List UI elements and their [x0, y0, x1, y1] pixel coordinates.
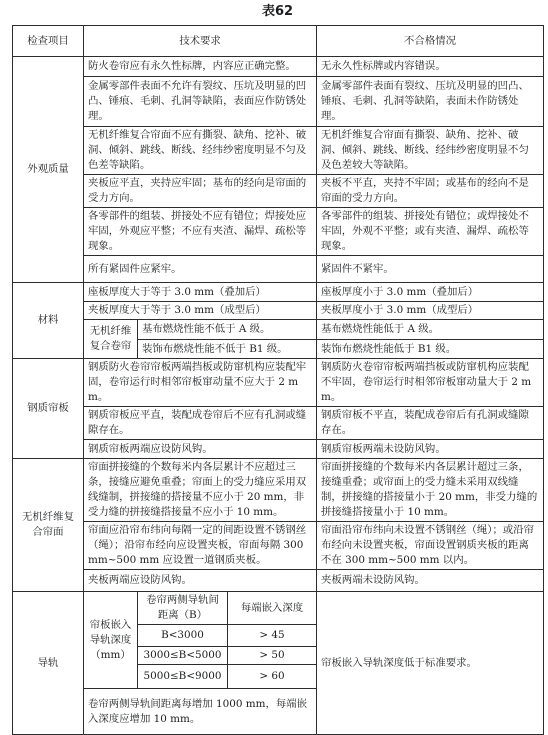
table-row: 帘面应沿帘布纬向每隔一定的间距设置不锈钢丝（绳）；沿帘布经向应设置夹板，帘面每隔… [13, 522, 544, 570]
cell-fail-r5: 各零部件的组装、拼接处有错位；或焊接处不牢固，外观不平整；或有夹渣、漏焊、疏松等… [317, 208, 544, 256]
cell-fail-r4: 夹板不平直，夹持不牢固；或基布的经向不是帘面的受力方向。 [317, 175, 544, 208]
rail-cell-b3: 5000≤B<9000 [138, 665, 228, 689]
cell-tech-r3: 无机纤维复合帘面不应有撕裂、缺角、挖补、破洞、倾斜、跳线、断线、经纬纱密度明显不… [84, 127, 317, 175]
col-header-fail: 不合格情况 [317, 26, 544, 57]
cell-tech-r2: 金属零部件表面不允许有裂纹、压坑及明显的凹凸、锤痕、毛刺、孔洞等缺陷，表面应作防… [84, 77, 317, 127]
group-label-material: 材料 [13, 283, 84, 359]
inspection-table: 检查项目 技术要求 不合格情况 外观质量 防火卷帘应有永久性标牌，内容应正确完整… [12, 25, 544, 735]
table-row: 材料 座板厚度大于等于 3.0 mm（叠加后） 座板厚度小于 3.0 mm（叠加… [13, 283, 544, 302]
cell-fail-r7: 座板厚度小于 3.0 mm（叠加后） [317, 283, 544, 302]
cell-fail-r16: 夹板两端未设防风钩。 [317, 570, 544, 592]
cell-tech-r9: 基布燃烧性能不低于 A 级。 [138, 320, 317, 340]
rail-note-cell: 卷帘两侧导轨间距离每增加 1000 mm，每端嵌入深度应增加 10 mm。 [84, 689, 317, 735]
table-row: 所有紧固件应紧牢。 紧固件不紧牢。 [13, 256, 544, 283]
cell-fail-r9: 基布燃烧性能低于 A 级。 [317, 320, 544, 340]
table-row: 无机纤维复合卷帘 基布燃烧性能不低于 A 级。 基布燃烧性能低于 A 级。 [13, 320, 544, 340]
cell-fail-r3: 无机纤维复合帘面有撕裂、缺角、挖补、破洞、倾斜、跳线、断线、经纬纱密度明显不匀及… [317, 127, 544, 175]
rail-cell-d2: > 50 [228, 647, 317, 665]
cell-fail-r1: 无永久性标牌或内容错误。 [317, 57, 544, 77]
cell-tech-r16: 夹板两端应设防风钩。 [84, 570, 317, 592]
cell-tech-r14: 帘面拼接缝的个数每米内各层累计不应超过三条，接缝应避免重叠；帘面上的受力缝应采用… [84, 459, 317, 522]
cell-tech-r10: 装饰布燃烧性能不低于 B1 级。 [138, 340, 317, 359]
table-row: 无机纤维复合帘面不应有撕裂、缺角、挖补、破洞、倾斜、跳线、断线、经纬纱密度明显不… [13, 127, 544, 175]
rail-col-header-depth: 每端嵌入深度 [228, 592, 317, 625]
cell-fail-r12: 钢质帘板不平直，装配成卷帘后有孔洞或缝隙存在。 [317, 407, 544, 440]
cell-tech-r4: 夹板应平直，夹持应牢固；基布的经向是帘面的受力方向。 [84, 175, 317, 208]
cell-tech-r5: 各零部件的组装、拼接处不应有错位；焊接处应牢固，外观应平整；不应有夹渣、漏焊、疏… [84, 208, 317, 256]
cell-tech-r7: 座板厚度大于等于 3.0 mm（叠加后） [84, 283, 317, 302]
table-row: 夹板应平直，夹持应牢固；基布的经向是帘面的受力方向。 夹板不平直，夹持不牢固；或… [13, 175, 544, 208]
table-row: 钢质帘板 钢质防火卷帘帘板两端挡板或防窜机构应装配牢固，卷帘运行时相邻帘板窜动量… [13, 359, 544, 407]
cell-tech-r8: 夹板厚度大于等于 3.0 mm（成型后） [84, 302, 317, 320]
rail-cell-d1: > 45 [228, 625, 317, 647]
table-row: 钢质帘板应平直，装配成卷帘后不应有孔洞或缝隙存在。 钢质帘板不平直，装配成卷帘后… [13, 407, 544, 440]
table-row: 外观质量 防火卷帘应有永久性标牌，内容应正确完整。 无永久性标牌或内容错误。 [13, 57, 544, 77]
rail-cell-d3: > 60 [228, 665, 317, 689]
cell-tech-r15: 帘面应沿帘布纬向每隔一定的间距设置不锈钢丝（绳）；沿帘布经向应设置夹板，帘面每隔… [84, 522, 317, 570]
table-title: 表62 [12, 3, 543, 21]
rail-cell-b1: B<3000 [138, 625, 228, 647]
cell-fail-rail: 帘板嵌入导轨深度低于标准要求。 [317, 592, 544, 735]
table-row: 金属零部件表面不允许有裂纹、压坑及明显的凹凸、锤痕、毛刺、孔洞等缺陷，表面应作防… [13, 77, 544, 127]
table-row: 钢质帘板两端应设防风钩。 钢质帘板两端未设防风钩。 [13, 440, 544, 459]
table-row: 无机纤维复合帘面 帘面拼接缝的个数每米内各层累计不应超过三条，接缝应避免重叠；帘… [13, 459, 544, 522]
cell-tech-r11: 钢质防火卷帘帘板两端挡板或防窜机构应装配牢固，卷帘运行时相邻帘板窜动量不应大于 … [84, 359, 317, 407]
rail-cell-b2: 3000≤B<5000 [138, 647, 228, 665]
table-row: 各零部件的组装、拼接处不应有错位；焊接处应牢固，外观应平整；不应有夹渣、漏焊、疏… [13, 208, 544, 256]
cell-tech-r12: 钢质帘板应平直，装配成卷帘后不应有孔洞或缝隙存在。 [84, 407, 317, 440]
group-label-steel: 钢质帘板 [13, 359, 84, 459]
group-label-fiber: 无机纤维复合帘面 [13, 459, 84, 592]
document-page: 表62 检查项目 技术要求 不合格情况 外观质量 防火卷帘应有永久性标牌，内容应… [0, 0, 548, 718]
table-row: 导轨 帘板嵌入导轨深度（mm） 卷帘两侧导轨间距离（B） 每端嵌入深度 帘板嵌入… [13, 592, 544, 625]
cell-fail-r8: 夹板厚度小于 3.0 mm（成型后） [317, 302, 544, 320]
cell-fail-r13: 钢质帘板两端未设防风钩。 [317, 440, 544, 459]
cell-tech-r13: 钢质帘板两端应设防风钩。 [84, 440, 317, 459]
cell-fail-r6: 紧固件不紧牢。 [317, 256, 544, 283]
cell-fail-r15: 帘面沿帘布纬向未设置不锈钢丝（绳）；或沿帘布经向未设置夹板，帘面设置钢质夹板的距… [317, 522, 544, 570]
header-row: 检查项目 技术要求 不合格情况 [13, 26, 544, 57]
table-row: 夹板厚度大于等于 3.0 mm（成型后） 夹板厚度小于 3.0 mm（成型后） [13, 302, 544, 320]
cell-tech-r1: 防火卷帘应有永久性标牌，内容应正确完整。 [84, 57, 317, 77]
cell-fail-r2: 金属零部件表面有裂纹、压坑及明显的凹凸、锤痕、毛刺、孔洞等缺陷，表面未作防锈处理… [317, 77, 544, 127]
cell-fail-r11: 钢质防火卷帘帘板两端挡板或防窜机构应装配不牢固，卷帘运行时相邻帘板窜动量大于 2… [317, 359, 544, 407]
rail-depth-label: 帘板嵌入导轨深度（mm） [84, 592, 138, 689]
sub-label-fiber-curtain: 无机纤维复合卷帘 [84, 320, 138, 359]
col-header-item: 检查项目 [13, 26, 84, 57]
group-label-rail: 导轨 [13, 592, 84, 735]
cell-fail-r14: 帘面拼接缝的个数每米内各层累计超过三条，接缝重叠；或帘面上的受力缝未采用双线缝制… [317, 459, 544, 522]
col-header-tech: 技术要求 [84, 26, 317, 57]
cell-tech-r6: 所有紧固件应紧牢。 [84, 256, 317, 283]
cell-fail-r10: 装饰布燃烧性能低于 B1 级。 [317, 340, 544, 359]
group-label-appearance: 外观质量 [13, 57, 84, 283]
rail-col-header-distance: 卷帘两侧导轨间距离（B） [138, 592, 228, 625]
table-row: 夹板两端应设防风钩。 夹板两端未设防风钩。 [13, 570, 544, 592]
